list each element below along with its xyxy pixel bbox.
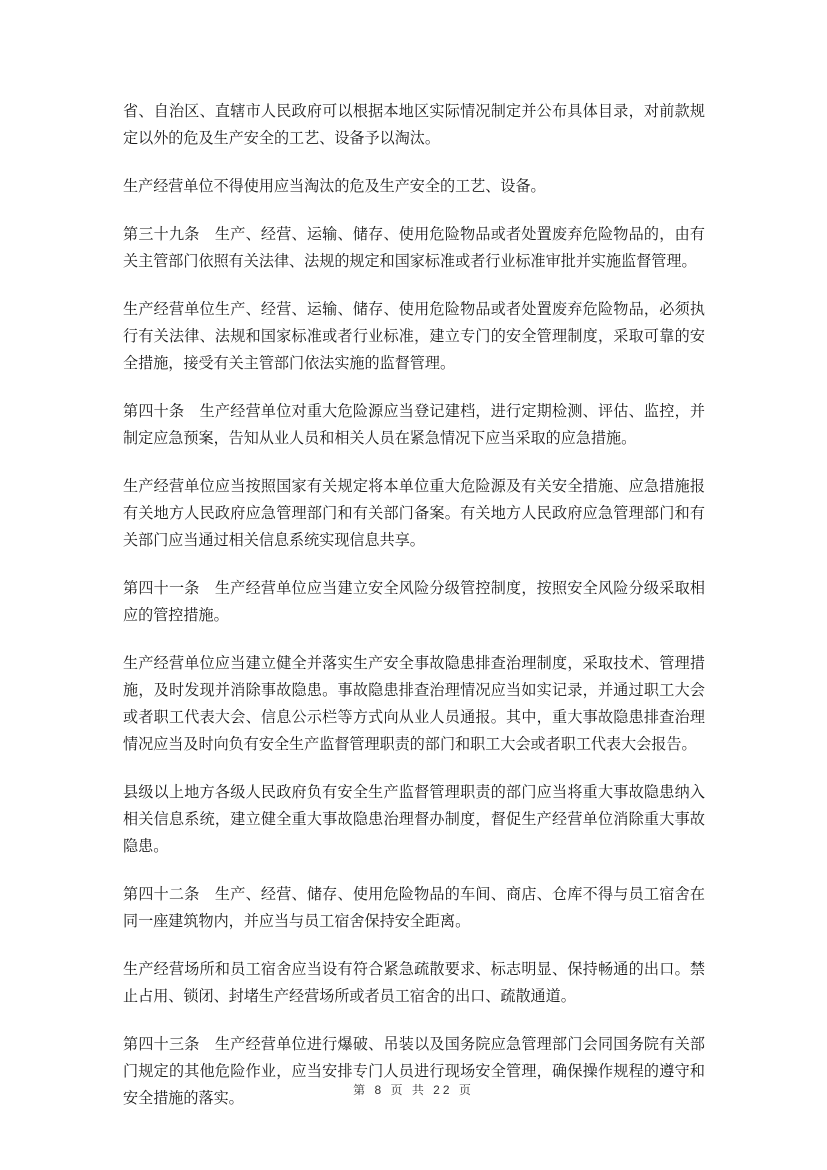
- paragraph-article-41: 第四十一条 生产经营单位应当建立安全风险分级管控制度，按照安全风险分级采取相应的…: [123, 575, 705, 629]
- paragraph-article-41-3: 县级以上地方各级人民政府负有安全生产监督管理职责的部门应当将重大事故隐患纳入相关…: [123, 779, 705, 860]
- page-number-footer: 第 8 页 共 22 页: [0, 1081, 827, 1098]
- paragraph-article-39: 第三十九条 生产、经营、运输、储存、使用危险物品或者处置废弃危险物品的，由有关主…: [123, 221, 705, 275]
- paragraph-article-38-prohibition: 生产经营单位不得使用应当淘汰的危及生产安全的工艺、设备。: [123, 173, 705, 200]
- document-body: 省、自治区、直辖市人民政府可以根据本地区实际情况制定并公布具体目录，对前款规定以…: [123, 98, 705, 1133]
- paragraph-article-41-2: 生产经营单位应当建立健全并落实生产安全事故隐患排查治理制度，采取技术、管理措施，…: [123, 650, 705, 758]
- paragraph-article-40-2: 生产经营单位应当按照国家有关规定将本单位重大危险源及有关安全措施、应急措施报有关…: [123, 473, 705, 554]
- paragraph-article-39-2: 生产经营单位生产、经营、运输、储存、使用危险物品或者处置废弃危险物品，必须执行有…: [123, 296, 705, 377]
- paragraph-article-43: 第四十三条 生产经营单位进行爆破、吊装以及国务院应急管理部门会同国务院有关部门规…: [123, 1031, 705, 1112]
- paragraph-article-42: 第四十二条 生产、经营、储存、使用危险物品的车间、商店、仓库不得与员工宿舍在同一…: [123, 881, 705, 935]
- paragraph-article-42-2: 生产经营场所和员工宿舍应当设有符合紧急疏散要求、标志明显、保持畅通的出口。禁止占…: [123, 956, 705, 1010]
- paragraph-article-38-cont: 省、自治区、直辖市人民政府可以根据本地区实际情况制定并公布具体目录，对前款规定以…: [123, 98, 705, 152]
- paragraph-article-40: 第四十条 生产经营单位对重大危险源应当登记建档，进行定期检测、评估、监控，并制定…: [123, 398, 705, 452]
- document-page: 省、自治区、直辖市人民政府可以根据本地区实际情况制定并公布具体目录，对前款规定以…: [0, 0, 827, 1170]
